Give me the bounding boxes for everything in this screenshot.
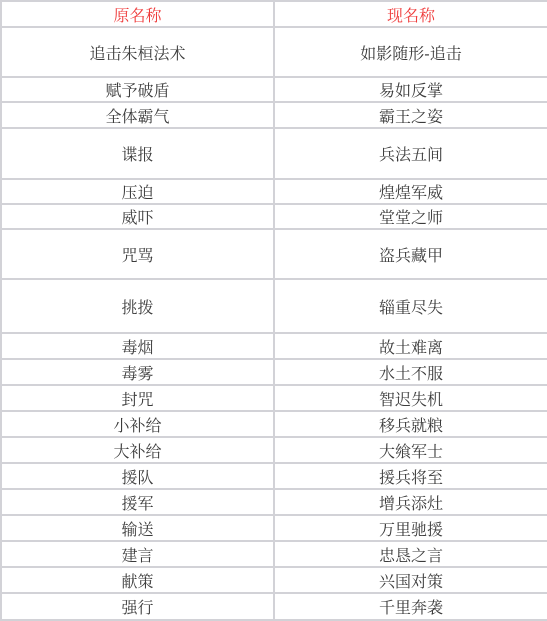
table-row: 谍报兵法五间 xyxy=(1,128,547,179)
rename-table: 原名称 现名称 追击朱桓法术如影随形-追击赋予破盾易如反掌全体霸气霸王之姿谍报兵… xyxy=(0,0,547,621)
new-name-cell: 堂堂之师 xyxy=(274,204,547,229)
column-header-new-name: 现名称 xyxy=(274,1,547,27)
table-row: 援军增兵添灶 xyxy=(1,489,547,515)
new-name-cell: 如影随形-追击 xyxy=(274,27,547,77)
old-name-cell: 赋予破盾 xyxy=(1,77,274,102)
table-row: 全体霸气霸王之姿 xyxy=(1,102,547,128)
table-row: 挑拨辎重尽失 xyxy=(1,279,547,333)
old-name-cell: 挑拨 xyxy=(1,279,274,333)
table-row: 压迫煌煌军威 xyxy=(1,179,547,204)
new-name-cell: 千里奔袭 xyxy=(274,593,547,620)
new-name-cell: 兵法五间 xyxy=(274,128,547,179)
old-name-cell: 援军 xyxy=(1,489,274,515)
table-row: 强行千里奔袭 xyxy=(1,593,547,620)
new-name-cell: 水土不服 xyxy=(274,359,547,385)
new-name-cell: 忠恳之言 xyxy=(274,541,547,567)
new-name-cell: 援兵将至 xyxy=(274,463,547,489)
table-row: 献策兴国对策 xyxy=(1,567,547,593)
old-name-cell: 输送 xyxy=(1,515,274,541)
new-name-cell: 霸王之姿 xyxy=(274,102,547,128)
old-name-cell: 毒烟 xyxy=(1,333,274,359)
new-name-cell: 万里驰援 xyxy=(274,515,547,541)
table-row: 援队援兵将至 xyxy=(1,463,547,489)
column-header-old-name: 原名称 xyxy=(1,1,274,27)
table-row: 咒骂盗兵藏甲 xyxy=(1,229,547,279)
old-name-cell: 毒雾 xyxy=(1,359,274,385)
old-name-cell: 建言 xyxy=(1,541,274,567)
new-name-cell: 易如反掌 xyxy=(274,77,547,102)
new-name-cell: 盗兵藏甲 xyxy=(274,229,547,279)
old-name-cell: 献策 xyxy=(1,567,274,593)
new-name-cell: 大飨军士 xyxy=(274,437,547,463)
old-name-cell: 谍报 xyxy=(1,128,274,179)
old-name-cell: 援队 xyxy=(1,463,274,489)
table-row: 赋予破盾易如反掌 xyxy=(1,77,547,102)
table-body: 追击朱桓法术如影随形-追击赋予破盾易如反掌全体霸气霸王之姿谍报兵法五间压迫煌煌军… xyxy=(1,27,547,620)
old-name-cell: 强行 xyxy=(1,593,274,620)
old-name-cell: 压迫 xyxy=(1,179,274,204)
table-row: 封咒智迟失机 xyxy=(1,385,547,411)
new-name-cell: 移兵就粮 xyxy=(274,411,547,437)
new-name-cell: 增兵添灶 xyxy=(274,489,547,515)
page: 原名称 现名称 追击朱桓法术如影随形-追击赋予破盾易如反掌全体霸气霸王之姿谍报兵… xyxy=(0,0,547,621)
new-name-cell: 智迟失机 xyxy=(274,385,547,411)
old-name-cell: 小补给 xyxy=(1,411,274,437)
old-name-cell: 全体霸气 xyxy=(1,102,274,128)
header-row: 原名称 现名称 xyxy=(1,1,547,27)
table-row: 建言忠恳之言 xyxy=(1,541,547,567)
old-name-cell: 威吓 xyxy=(1,204,274,229)
new-name-cell: 故土难离 xyxy=(274,333,547,359)
old-name-cell: 追击朱桓法术 xyxy=(1,27,274,77)
old-name-cell: 封咒 xyxy=(1,385,274,411)
table-row: 威吓堂堂之师 xyxy=(1,204,547,229)
new-name-cell: 辎重尽失 xyxy=(274,279,547,333)
table-row: 追击朱桓法术如影随形-追击 xyxy=(1,27,547,77)
new-name-cell: 煌煌军威 xyxy=(274,179,547,204)
old-name-cell: 大补给 xyxy=(1,437,274,463)
table-row: 大补给大飨军士 xyxy=(1,437,547,463)
new-name-cell: 兴国对策 xyxy=(274,567,547,593)
table-row: 小补给移兵就粮 xyxy=(1,411,547,437)
table-row: 毒雾水土不服 xyxy=(1,359,547,385)
table-row: 输送万里驰援 xyxy=(1,515,547,541)
old-name-cell: 咒骂 xyxy=(1,229,274,279)
table-row: 毒烟故土难离 xyxy=(1,333,547,359)
